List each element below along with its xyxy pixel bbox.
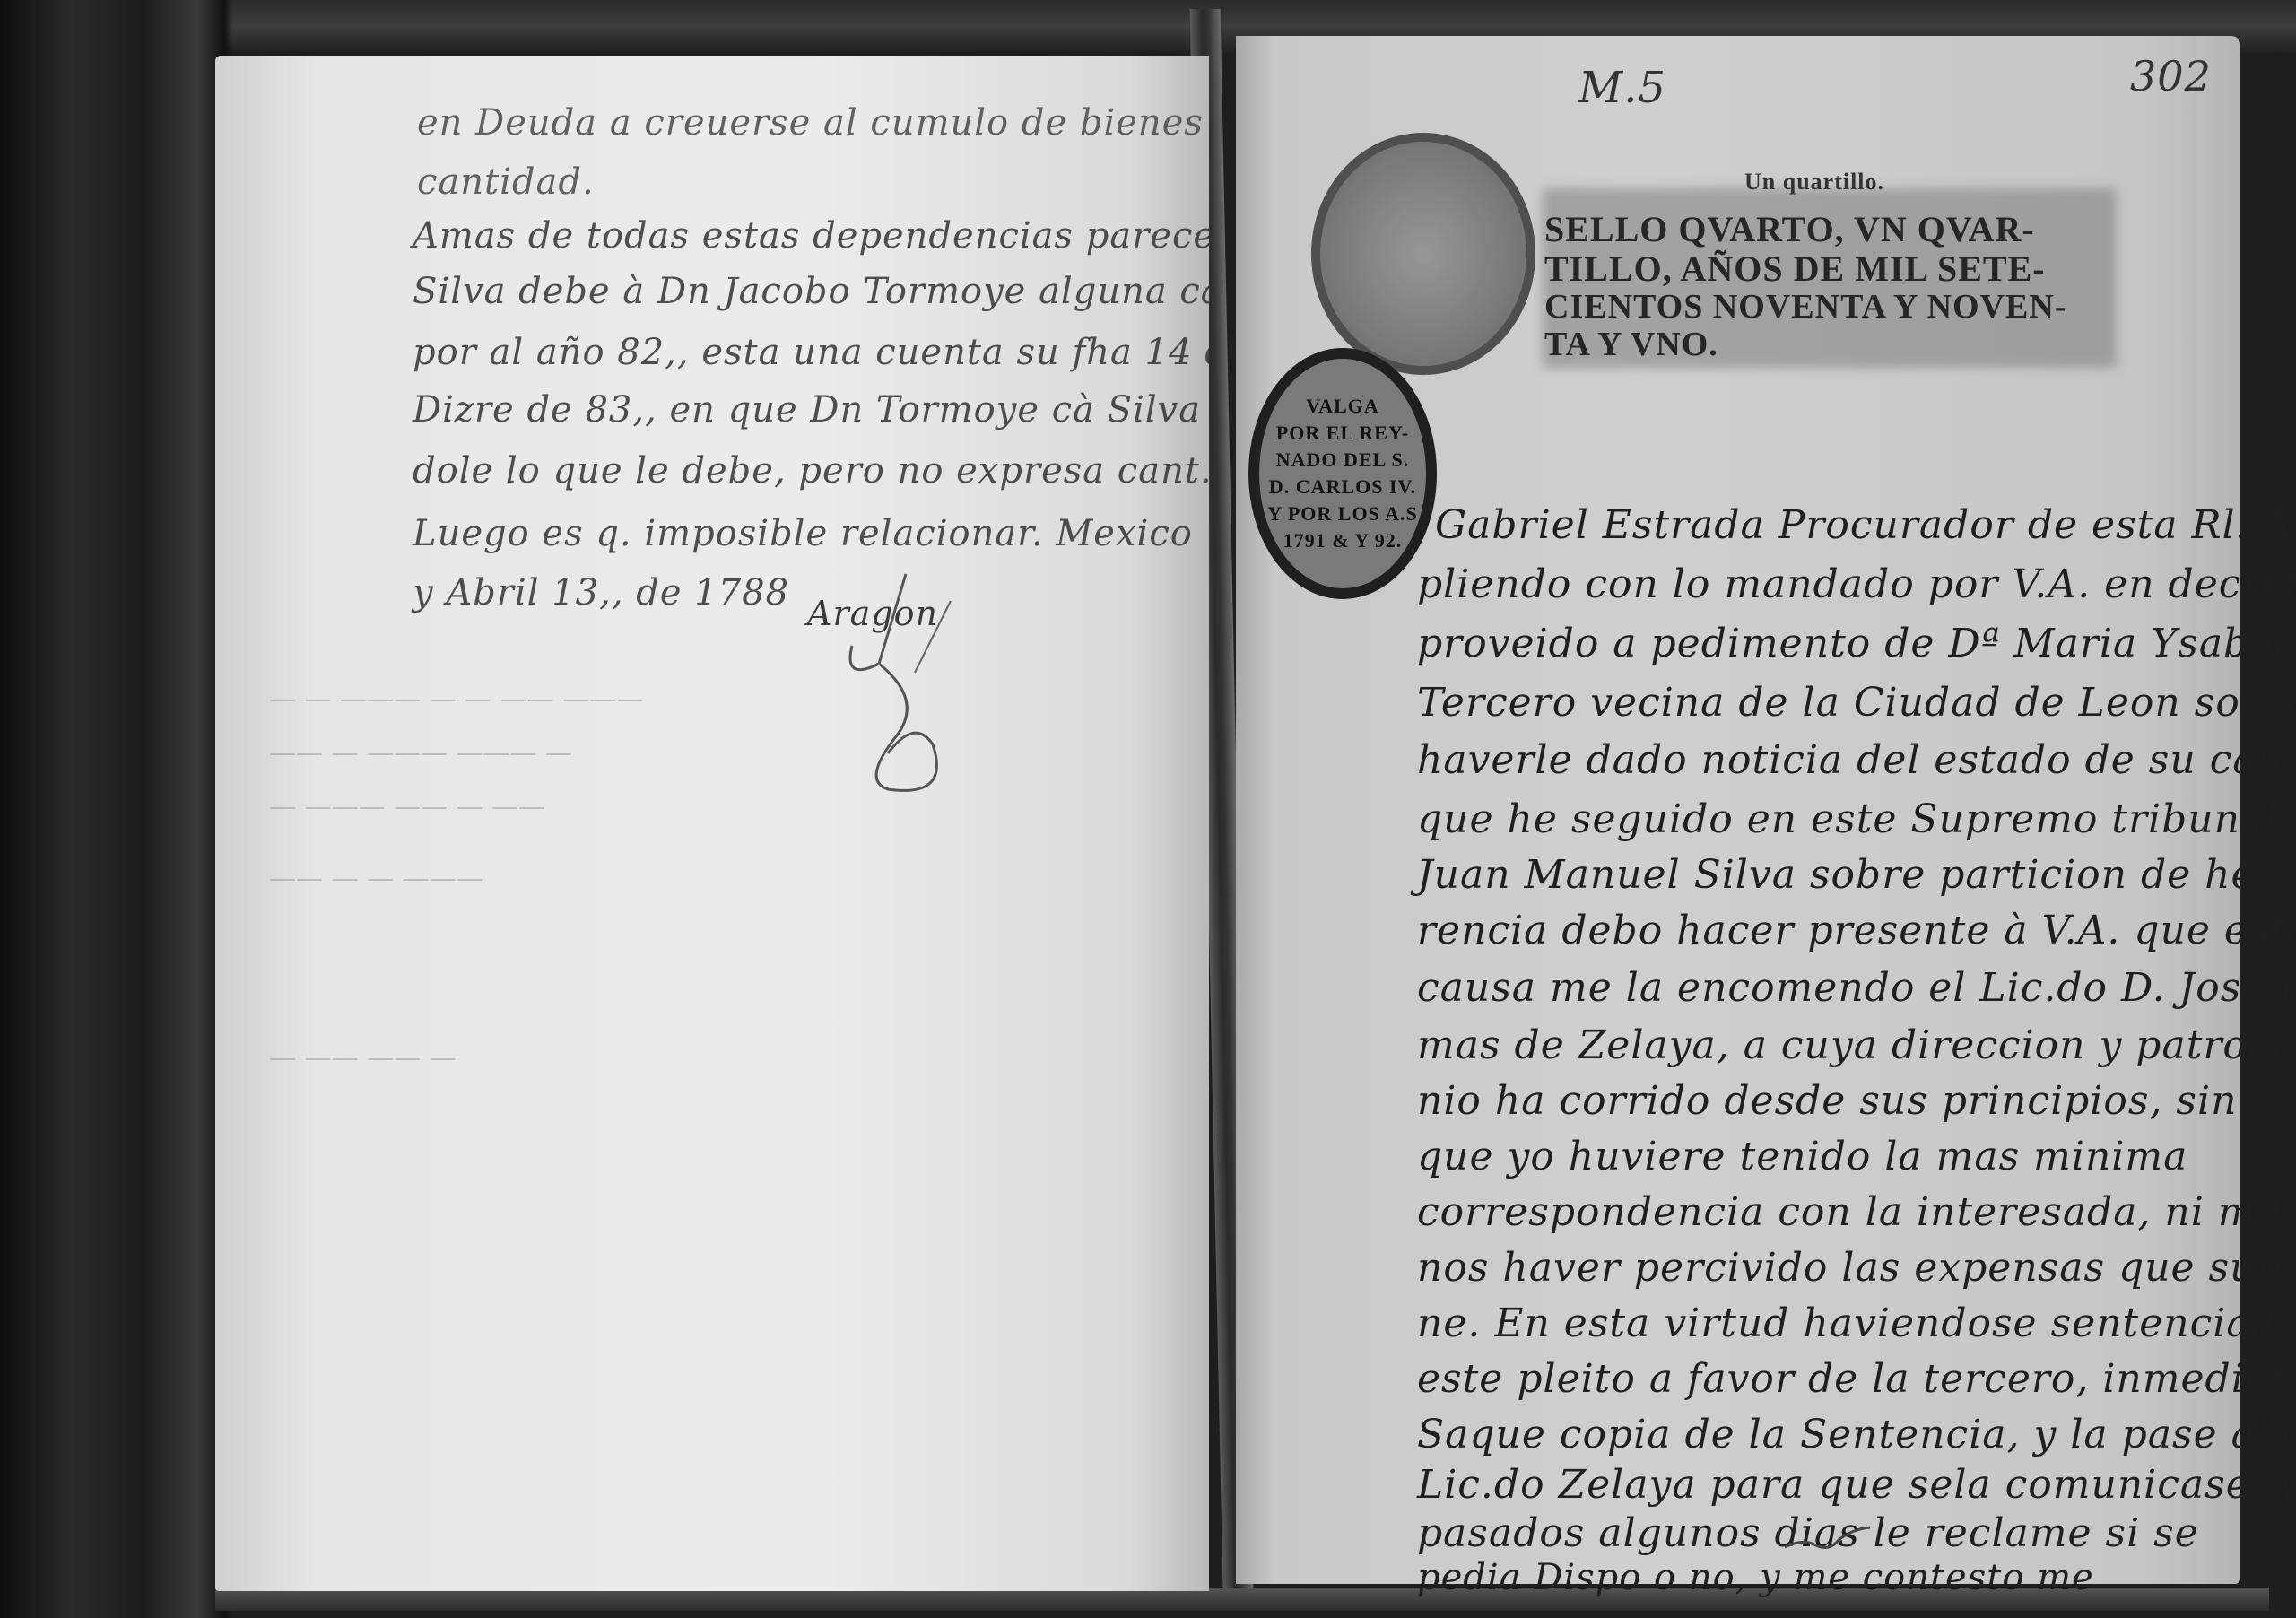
bleed-through-text: —— — ——— ——— — <box>269 737 572 769</box>
stamp-header: Un quartillo. <box>1744 169 1884 196</box>
right-line-17: Saque copia de la Sentencia, y la pase a… <box>1417 1412 2296 1457</box>
right-line-18: Lic.do Zelaya para que sela comunicase: … <box>1417 1462 2296 1508</box>
left-line-4: Silva debe à Dn Jacobo Tormoye alguna ca… <box>413 271 1209 312</box>
seal-line-5: Y POR LOS A.S <box>1267 500 1417 527</box>
left-line-1: en Deuda a creuerse al cumulo de bienes … <box>417 102 1209 144</box>
left-line-8: Luego es q. imposible relacionar. Mexico <box>413 513 1193 554</box>
right-line-7: Juan Manuel Silva sobre particion de he- <box>1417 852 2269 898</box>
right-line-6: que he seguido en este Supremo tribunal … <box>1417 796 2296 842</box>
seal-line-4: D. CARLOS IV. <box>1269 474 1416 500</box>
right-line-13: correspondencia con la interesada, ni me <box>1417 1189 2281 1235</box>
right-line-20: pedia Dispo o no, y me contesto me <box>1417 1557 2094 1598</box>
bleed-through-text: — —— —— — <box>269 1042 457 1074</box>
right-line-14: nos haver percivido las expensas que sup… <box>1417 1245 2296 1291</box>
validation-oval-seal: VALGA POR EL REY- NADO DEL S. D. CARLOS … <box>1248 348 1437 599</box>
right-line-11: nio ha corrido desde sus principios, sin <box>1417 1078 2237 1124</box>
stamp-line-2: TILLO, AÑOS DE MIL SETE- <box>1544 248 2046 290</box>
stamp-line-3: CIENTOS NOVENTA Y NOVEN- <box>1544 287 2066 326</box>
left-line-3: Amas de todas estas dependencias parece,… <box>413 215 1209 257</box>
right-line-2: pliendo con lo mandado por V.A. en decre… <box>1417 561 2296 607</box>
left-line-6: Dizre de 83,, en que Dn Tormoye cà Silva… <box>413 389 1209 431</box>
royal-arms-seal-icon <box>1311 133 1535 375</box>
right-line-4: Tercero vecina de la Ciudad de Leon sobr… <box>1417 680 2296 726</box>
right-line-16: este pleito a favor de la tercero, inmed… <box>1417 1356 2296 1402</box>
seal-line-1: VALGA <box>1306 393 1379 420</box>
right-line-10: mas de Zelaya, a cuya direccion y patroc… <box>1417 1022 2296 1068</box>
bleed-through-text: —— — — ——— <box>269 863 483 894</box>
bleed-through-text: — — ——— — — —— ——— <box>269 683 643 715</box>
seal-line-2: POR EL REY- <box>1276 420 1409 447</box>
right-line-5: haverle dado noticia del estado de su ca… <box>1417 737 2296 783</box>
folio-number: 302 <box>2130 52 2212 100</box>
right-line-1: Gabriel Estrada Procurador de esta Rl. A… <box>1435 502 2296 548</box>
left-line-2: cantidad. <box>417 161 595 203</box>
stamp-line-4: TA Y VNO. <box>1544 325 1718 364</box>
right-line-8: rencia debo hacer presente à V.A. que es… <box>1417 908 2296 953</box>
folio-mark: M.5 <box>1578 63 1666 113</box>
left-page: — — ——— — — —— ——— —— — ——— ——— — — ——— … <box>215 56 1209 1591</box>
right-line-15: ne. En esta virtud haviendose sentenciad… <box>1417 1300 2296 1346</box>
stamp-line-1: SELLO QVARTO, VN QVAR- <box>1544 208 2035 250</box>
right-line-12: que yo huviere tenido la mas minima <box>1417 1134 2187 1179</box>
right-line-3: proveido a pedimento de Dª Maria Ysabel <box>1417 621 2287 666</box>
left-line-7: dole lo que le debe, pero no expresa can… <box>413 450 1209 491</box>
right-line-9: causa me la encomendo el Lic.do D. Jose … <box>1417 965 2296 1011</box>
seal-line-6: 1791 & Y 92. <box>1283 527 1403 554</box>
signature-rubric-icon <box>825 565 1004 798</box>
seal-line-3: NADO DEL S. <box>1276 447 1410 474</box>
bleed-through-text: — ——— —— — —— <box>269 791 545 822</box>
flourish-mark-icon <box>1785 1520 1874 1556</box>
left-line-9-date: y Abril 13,, de 1788 <box>413 572 789 613</box>
left-line-5: por al año 82,, esta una cuenta su fha 1… <box>413 332 1209 373</box>
